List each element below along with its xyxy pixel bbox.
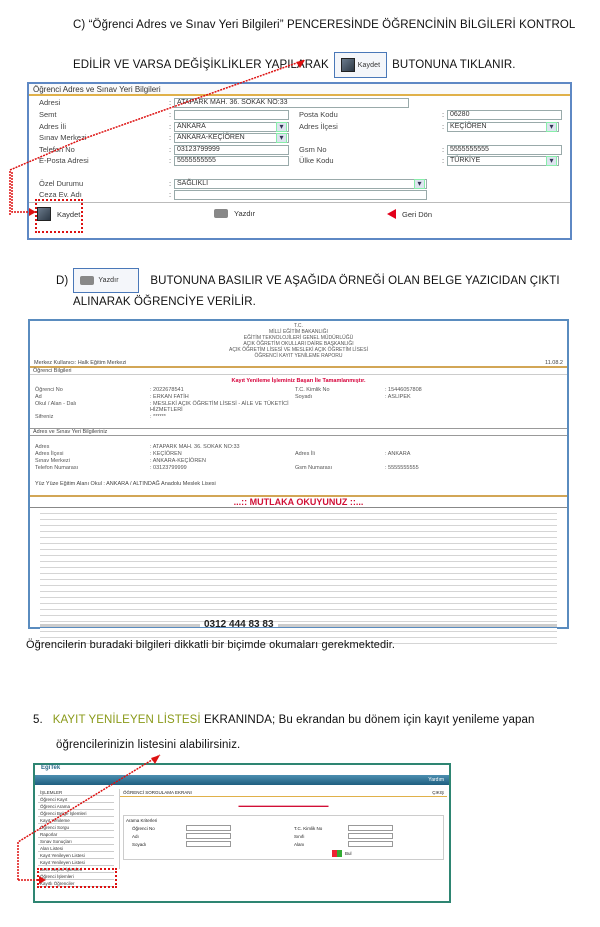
warning-title: ...:: MUTLAKA OKUYUNUZ ::...: [30, 497, 567, 507]
caption: Öğrencilerin buradaki bilgileri dikkatli…: [26, 639, 395, 651]
adres-ili-select[interactable]: ANKARA: [174, 122, 289, 132]
search-field-input[interactable]: [348, 825, 393, 831]
sidebar-item[interactable]: Öğrenci Kayıt: [38, 796, 114, 803]
sinav-merkezi-select[interactable]: ANKARA-KEÇİÖREN: [174, 133, 289, 143]
student-info-grid: Öğrenci No: 2022678541T.C. Kimlik No: 15…: [30, 387, 567, 420]
report-cell: : ASLIPEK: [385, 394, 567, 400]
report-cell: : ANKARA-KEÇİÖREN: [150, 458, 295, 464]
label-sinav-merkezi: Sınav Merkezi: [39, 133, 87, 142]
label-adresi: Adresi: [39, 98, 60, 107]
search-field-label: Adı: [132, 834, 182, 839]
report-cell: : KEÇİÖREN: [150, 451, 295, 457]
save-button-inline: Kaydet: [334, 52, 387, 78]
report-cell: Öğrenci No: [35, 387, 150, 393]
label-posta-kodu: Posta Kodu: [299, 110, 338, 119]
printer-icon: [214, 209, 228, 218]
print-button[interactable]: Yazdır: [214, 209, 255, 218]
report-cell: [295, 414, 385, 420]
sidebar-item[interactable]: Kayıt Yenileme: [38, 817, 114, 824]
section-d-line2: ALINARAK ÖĞRENCİYE VERİLİR.: [73, 296, 256, 308]
sidebar-item[interactable]: Kayıt Yenileyen Listesi: [38, 852, 114, 859]
posta-kodu-input[interactable]: 06280: [447, 110, 562, 120]
sidebar-item[interactable]: Kayıt Yenileyen Listesi: [38, 859, 114, 866]
search-panel: Arama Kriterleri Öğrenci NoAdıSoyadı T.C…: [123, 815, 444, 860]
report-cell: : MESLEKİ AÇIK ÖĞRETİM LİSESİ - AİLE VE …: [150, 401, 295, 413]
address-info-grid: Adres: ATAPARK MAH. 36. SOKAK NO:33Adres…: [30, 444, 567, 471]
save-icon: [341, 58, 355, 72]
center-label: Merkez Kullanıcı: Halk Eğitim Merkezi: [34, 360, 126, 366]
report-cell: : ******: [150, 414, 295, 420]
highlight-save-box: [35, 199, 83, 233]
report-cell: : ERKAN FATİH: [150, 394, 295, 400]
label-ceza-ev: Ceza Ev. Adı: [39, 190, 82, 199]
label-telefon: Telefon No: [39, 145, 75, 154]
section-c-text-after: BUTONUNA TIKLANIR.: [392, 59, 515, 71]
brand-logo: EgiTek: [35, 765, 449, 775]
label-adres-ili: Adres İli: [39, 122, 66, 131]
report-header: T.C.MİLLİ EĞİTİM BAKANLIĞIEĞİTİM TEKNOLO…: [30, 321, 567, 359]
semt-input[interactable]: [174, 110, 289, 120]
sidebar-item[interactable]: Öğrenci Belge İşlemleri: [38, 810, 114, 817]
label-eposta: E-Posta Adresi: [39, 156, 89, 165]
search-field-input[interactable]: [186, 833, 231, 839]
label-ulke-kodu: Ülke Kodu: [299, 156, 334, 165]
exam-note: Yüz Yüze Eğitim Alanı Okul : ANKARA / AL…: [30, 481, 567, 487]
ceza-ev-input[interactable]: [174, 190, 427, 200]
section-5-line1: 5. KAYIT YENİLEYEN LİSTESİ EKRANINDA; Bu…: [33, 714, 534, 726]
telefon-input[interactable]: 03123799999: [174, 145, 289, 155]
print-button-inline: Yazdır: [73, 268, 139, 293]
search-field-input[interactable]: [186, 841, 231, 847]
search-field-label: Alanı: [294, 842, 344, 847]
report-cell: : 03123799999: [150, 465, 295, 471]
ozel-durumu-select[interactable]: SAĞLIKLI: [174, 179, 427, 189]
sidebar-item[interactable]: Sınav Sonuçları: [38, 838, 114, 845]
report-cell: Telefon Numarası: [35, 465, 150, 471]
adres-ilcesi-select[interactable]: KEÇİÖREN: [447, 122, 559, 132]
section-5-line2: öğrencilerinizin listesini alabilirsiniz…: [56, 739, 240, 751]
section-d-line1: D) Yazdır BUTONUNA BASILIR VE AŞAĞIDA ÖR…: [56, 268, 560, 293]
label-gsm: Gsm No: [299, 145, 327, 154]
ulke-kodu-select[interactable]: TÜRKİYE: [447, 156, 559, 166]
sidebar-item[interactable]: Öğrenci Arama: [38, 803, 114, 810]
report-cell: T.C. Kimlik No: [295, 387, 385, 393]
toolbar-divider: [29, 202, 570, 203]
page-title: ÖĞRENCİ SORGULAMA EKRANI: [123, 790, 192, 795]
help-link[interactable]: Yardım: [428, 777, 444, 783]
window-title: Öğrenci Adres ve Sınav Yeri Bilgileri: [29, 84, 570, 96]
report-cell: : 2022678541: [150, 387, 295, 393]
report-cell: Sifreniz: [35, 414, 150, 420]
rules-list: 0312 444 83 83: [30, 508, 567, 646]
report-cell: : ANKARA: [385, 451, 567, 457]
report-cell: [385, 458, 567, 464]
sidebar-item[interactable]: Alan Listesi: [38, 845, 114, 852]
search-icon: [332, 850, 342, 857]
search-button[interactable]: Bul: [332, 850, 352, 857]
label-ozel-durumu: Özel Durumu: [39, 179, 83, 188]
report-cell: Gsm Numarası: [295, 465, 385, 471]
back-button[interactable]: Geri Dön: [387, 209, 432, 219]
help-phone: 0312 444 83 83: [204, 622, 274, 628]
section-c-line1: C) “Öğrenci Adres ve Sınav Yeri Bilgiler…: [73, 19, 575, 31]
student-section-title: Öğrenci Bilgileri: [30, 368, 567, 375]
sidebar-item[interactable]: Öğrenci Sorgu: [38, 824, 114, 831]
search-field-label: T.C. Kimlik No: [294, 826, 344, 831]
search-field-input[interactable]: [348, 841, 393, 847]
exit-link[interactable]: ÇIKIŞ: [432, 790, 444, 795]
printer-icon: [80, 276, 94, 285]
report-header-line: ÖĞRENCİ KAYIT YENİLEME RAPORU: [30, 353, 567, 359]
highlight-list-item-box: [37, 868, 117, 888]
search-field-label: Soyadı: [132, 842, 182, 847]
report-cell: [385, 401, 567, 413]
label-adres-ilcesi: Adres İlçesi: [299, 122, 338, 131]
top-bar: Yardım: [35, 775, 449, 785]
eposta-input[interactable]: 5555555555: [174, 156, 289, 166]
adresi-input[interactable]: ATAPARK MAH. 36. SOKAK NO:33: [174, 98, 409, 108]
back-arrow-icon: [387, 209, 396, 219]
report-cell: Okul / Alan - Dalı: [35, 401, 150, 413]
report-date: 11.08.2: [545, 360, 563, 366]
report-cell: Ad: [35, 394, 150, 400]
label-semt: Semt: [39, 110, 57, 119]
report-cell: : 5555555555: [385, 465, 567, 471]
success-message: Kayıt Yenileme İşleminiz Başarı İle Tama…: [30, 378, 567, 384]
report-cell: Adres İli: [295, 451, 385, 457]
report-cell: Adres İlçesi: [35, 451, 150, 457]
report-cell: : 15446057808: [385, 387, 567, 393]
report-cell: [295, 444, 385, 450]
report-cell: : ATAPARK MAH. 36. SOKAK NO:33: [150, 444, 295, 450]
search-field-input[interactable]: [348, 833, 393, 839]
section-5-highlight: KAYIT YENİLEYEN LİSTESİ: [53, 714, 201, 726]
student-address-window: Öğrenci Adres ve Sınav Yeri Bilgileri Ad…: [27, 82, 572, 240]
registration-report: T.C.MİLLİ EĞİTİM BAKANLIĞIEĞİTİM TEKNOLO…: [28, 319, 569, 629]
search-field-label: Öğrenci No: [132, 826, 182, 831]
report-cell: [295, 458, 385, 464]
report-cell: Sınav Merkezi: [35, 458, 150, 464]
report-cell: [385, 414, 567, 420]
report-cell: Soyadı: [295, 394, 385, 400]
main-panel: ÖĞRENCİ SORGULAMA EKRANI ÇIKIŞ ▬▬▬▬▬▬▬▬▬…: [119, 789, 447, 869]
report-cell: [295, 401, 385, 413]
warning-text: ▬▬▬▬▬▬▬▬▬▬▬▬▬▬▬▬▬▬▬▬: [120, 797, 447, 815]
report-cell: [385, 444, 567, 450]
gsm-input[interactable]: 5555555555: [447, 145, 562, 155]
address-section-title: Adres ve Sınav Yeri Bilgileriniz: [30, 428, 567, 436]
search-field-input[interactable]: [186, 825, 231, 831]
search-field-label: Sınıfı: [294, 834, 344, 839]
section-c-text-before: EDİLİR VE VARSA DEĞİŞİKLİKLER YAPILARAK: [73, 59, 329, 71]
sidebar-item[interactable]: Raporlar: [38, 831, 114, 838]
report-cell: Adres: [35, 444, 150, 450]
section-c-line2: EDİLİR VE VARSA DEĞİŞİKLİKLER YAPILARAK …: [73, 52, 516, 78]
sidebar-item: İŞLEMLER: [38, 789, 114, 796]
